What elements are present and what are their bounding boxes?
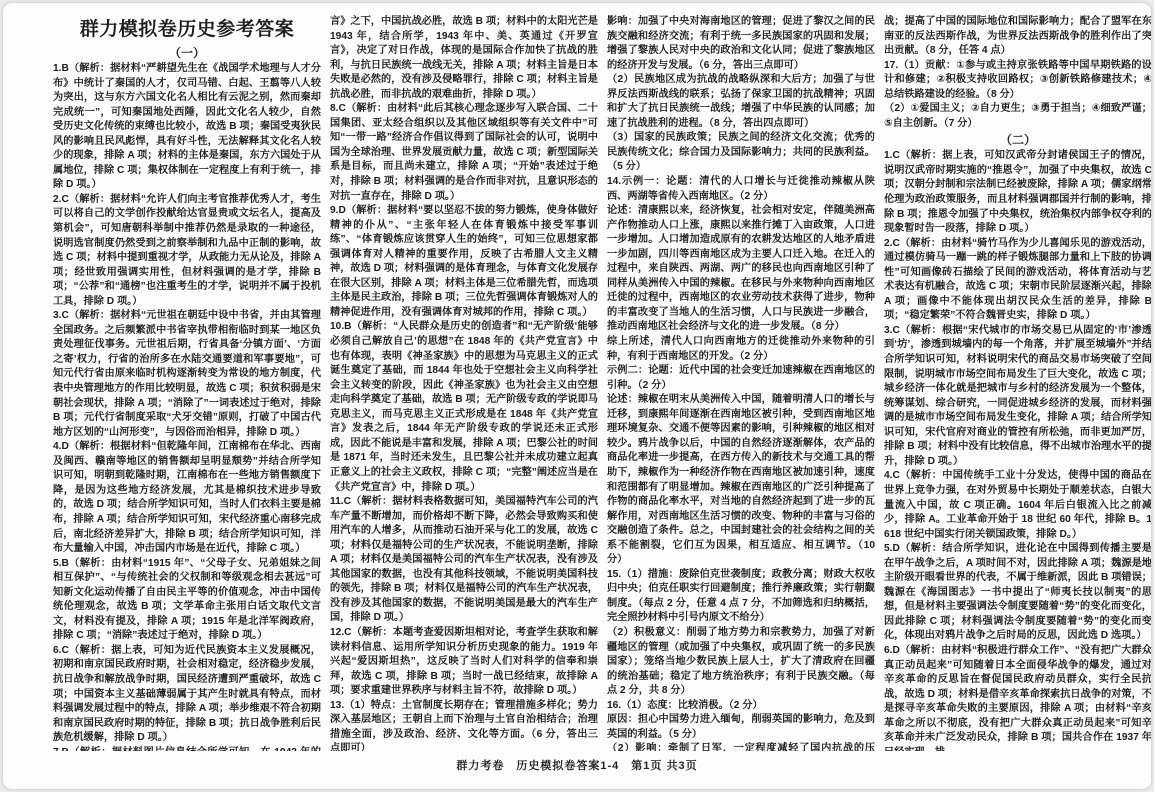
column-4: 战；提高了中国的国际地位和国际影响力；配合了盟军在东南亚的反法西斯作战，为世界反…	[884, 15, 1152, 751]
page-footer: 群力考卷 历史模拟卷答案1-4 第1页 共3页	[3, 757, 1151, 773]
answer-paragraph: （2）民族地区成为抗战的战略纵深和大后方；加强了与世界反法西斯战线的联系；弘扬了…	[607, 73, 875, 131]
answer-paragraph: 12.C（解析：本题考查爱因斯坦相对论，考查学生获取和解读材料信息、运用所学知识…	[330, 626, 598, 699]
answer-paragraph: 论述：清康熙以来，经济恢复，社会相对安定，伴随美洲高产作物推动人口上涨，康熙以来…	[607, 204, 875, 335]
answer-paragraph: 战；提高了中国的国际地位和国际影响力；配合了盟军在东南亚的反法西斯作战，为世界反…	[884, 15, 1152, 59]
answer-paragraph: 7.B（解析：据材料图片信息结合所学可知，在 1943 年的太阳光芒照耀下，代表…	[53, 746, 321, 751]
answer-paragraph: 4.C（解析：中国传统手工业十分发达，使得中国的商品在世界上竞争力强，在对外贸易…	[884, 469, 1152, 542]
answer-paragraph: 10.B（解析：“人民群众是历史的创造者”和“无产阶级‘能够必须自己解放自己’的…	[330, 320, 598, 495]
answer-paragraph: 影响：加强了中央对海南地区的管理；促进了黎汉之间的民族交融和经济交流；有利于统一…	[607, 15, 875, 73]
column-2: 言》之下，中国抗战必胜，故选 B 项；材料中的太阳光芒是 1943 年，结合所学…	[330, 15, 598, 751]
exam-answer-sheet: 群力模拟卷历史参考答案（一）1.B（解析：据材料“严耕望先生在《战国学术地理与人…	[2, 2, 1152, 790]
answer-paragraph: 6.C（解析：据上表，可知为近代民族资本主义发展概况，初期和南京国民政府时期，社…	[53, 644, 321, 746]
answer-paragraph: 论述：辣椒在明末从美洲传入中国，随着明清人口的增长与迁移，到康熙年间逐渐在西南地…	[607, 393, 875, 568]
answer-paragraph: 8.C（解析：由材料“此后其核心理念逐步写入联合国、二十国集团、亚太经合组织以及…	[330, 102, 598, 204]
answer-paragraph: 4.D（解析：根据材料“但乾隆年间，江南棉布在华北、西南及闽西、赣南等地区的销售…	[53, 440, 321, 556]
answer-paragraph: 6.D（解析：由材料“积极进行群众工作”、“没有把广大群众真正动员起来”可知随着…	[884, 644, 1152, 751]
answer-paragraph: 原因：担心中国势力进入缅甸，削弱英国的影响力，危及到英国的利益。（5 分）	[607, 713, 875, 742]
answer-paragraph: 14.示例一：论题：清代的人口增长与迁徙推动辣椒从陕西、两湖等省传入西南地区。（…	[607, 175, 875, 204]
answer-paragraph: 13.（1）特点：土官制度长期存在；管理措施多样化；势力深入基层地区；王朝自上而…	[330, 699, 598, 751]
answer-paragraph: 17.（1）贡献：①参与或主持京张铁路等中国早期铁路的设计和修建；②积极支持收回…	[884, 59, 1152, 103]
answer-paragraph: （2）影响：牵制了日军，一定程度减轻了国内抗战的压力；巩	[607, 742, 875, 751]
answer-paragraph: 5.B（解析：由材料“1915 年”、“父母子女、兄弟姐妹之间相互保护”、“与传…	[53, 557, 321, 644]
answer-paragraph: 9.D（解析：据材料“要以坚忍不拔的努力锻炼，使身体做好精神的仆从”、“主张年轻…	[330, 204, 598, 320]
answer-paragraph: （3）国家的民族政策；民族之间的经济文化交流；优秀的民族传统文化；综合国力及国际…	[607, 131, 875, 175]
answer-paragraph: 3.C（解析：据材料“元世祖在朝廷中设中书省，并由其管理全国政务。之后频繁派中书…	[53, 309, 321, 440]
answer-paragraph: 2.C（解析：据材料“允许人们向主考官推荐优秀人才，考生可以将自己的文学创作投献…	[53, 193, 321, 309]
answer-paragraph: 16.（1）态度：比较消极。（2 分）	[607, 699, 875, 714]
section-heading: （一）	[53, 44, 321, 62]
answer-columns: 群力模拟卷历史参考答案（一）1.B（解析：据材料“严耕望先生在《战国学术地理与人…	[53, 15, 1152, 751]
answer-paragraph: 3.C（解析：根据“宋代城市的市场交易已从固定的‘市’渗透到‘坊’，渗透到城墙内…	[884, 324, 1152, 469]
answer-paragraph: （2）①爱国主义；②自力更生；③勇于担当；④细致严谨；⑤自主创新。（7 分）	[884, 102, 1152, 131]
section-heading: （二）	[884, 131, 1152, 149]
answer-paragraph: （2）积极意义：削弱了地方势力和宗教势力，加强了对新疆地区的管理（或加强了中央集…	[607, 626, 875, 699]
answer-paragraph: 11.C（解析：据材料表格数据可知，美国福特汽车公司的汽车产量不断增加，而价格却…	[330, 495, 598, 626]
answer-paragraph: 言》之下，中国抗战必胜，故选 B 项；材料中的太阳光芒是 1943 年，结合所学…	[330, 15, 598, 102]
answer-paragraph: 1.C（解析：据上表，可知汉武帝分封诸侯国王子的情况，说明汉武帝时期实施的“推恩…	[884, 149, 1152, 236]
answer-paragraph: 综上所述，清代人口向西南地方的迁徙推动外来物种的引种，有利于西南地区的开发。（2…	[607, 335, 875, 364]
document-title: 群力模拟卷历史参考答案	[53, 17, 321, 43]
answer-paragraph: 1.B（解析：据材料“严耕望先生在《战国学术地理与人才分布》中统计了秦国的人才，…	[53, 62, 321, 193]
answer-paragraph: 5.D（解析：结合所学知识，进化论在中国得到传播主要是在甲午战争之后，A 项时间…	[884, 542, 1152, 644]
answer-paragraph: 2.C（解析：由材料“骑竹马作为少儿喜闻乐见的游戏活动，通过模仿骑马一蹦一跳的样…	[884, 237, 1152, 324]
answer-paragraph: 示例二：论题：近代中国的社会变迁加速辣椒在西南地区的引种。（2 分）	[607, 364, 875, 393]
column-3: 影响：加强了中央对海南地区的管理；促进了黎汉之间的民族交融和经济交流；有利于统一…	[607, 15, 875, 751]
column-1: 群力模拟卷历史参考答案（一）1.B（解析：据材料“严耕望先生在《战国学术地理与人…	[53, 15, 321, 751]
answer-paragraph: 15.（1）措施：废除伯克世袭制度；政教分离；财政大权收归中央；伯克任职实行回避…	[607, 568, 875, 626]
